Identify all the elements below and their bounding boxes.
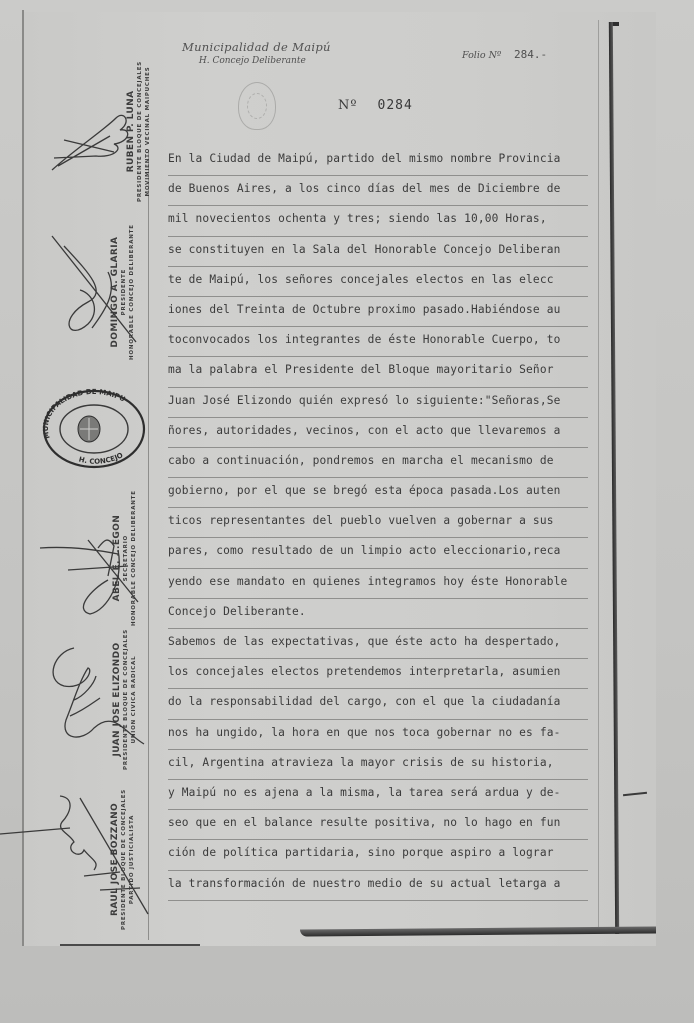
minutes-line: cil, Argentina atravieza la mayor crisis… (168, 750, 588, 780)
document-number: Nº0284 (338, 98, 413, 113)
minutes-line: En la Ciudad de Maipú, partido del mismo… (168, 146, 588, 176)
minutes-line: ma la palabra el Presidente del Bloque m… (168, 357, 588, 387)
signature-luna-icon (44, 100, 134, 184)
signature-abel-icon (38, 510, 138, 624)
minutes-line: ción de política partidaria, sino porque… (168, 840, 588, 870)
minutes-line: seo que en el balance resulte positiva, … (168, 810, 588, 840)
minutes-line: Concejo Deliberante. (168, 599, 588, 629)
signature-elizondo-icon (44, 640, 144, 754)
letterhead-municipality: Municipalidad de Maipú (182, 40, 331, 54)
minutes-line: toconvocados los integrantes de éste Hon… (168, 327, 588, 357)
minutes-line: Sabemos de las expectativas, que éste ac… (168, 629, 588, 659)
signature-glaria-icon (48, 232, 138, 356)
minutes-line: iones del Treinta de Octubre proximo pas… (168, 297, 588, 327)
folio-number: Folio Nº 284.- (462, 48, 547, 61)
minutes-line: ticos representantes del pueblo vuelven … (168, 508, 588, 538)
signature-bozzano-icon (0, 790, 150, 924)
minutes-line: te de Maipú, los señores concejales elec… (168, 267, 588, 297)
minutes-line: se constituyen en la Sala del Honorable … (168, 237, 588, 267)
page-bottom-left-edge (60, 944, 200, 946)
minutes-line: Juan José Elizondo quién expresó lo sigu… (168, 388, 588, 418)
letterhead: Municipalidad de Maipú H. Concejo Delibe… (182, 40, 331, 66)
document-number-value: 0284 (378, 98, 413, 113)
minutes-line: de Buenos Aires, a los cinco días del me… (168, 176, 588, 206)
minutes-body: En la Ciudad de Maipú, partido del mismo… (168, 146, 588, 901)
folio-label: Folio Nº (462, 50, 501, 61)
stamp-role: PRESIDENTE BLOQUE DE CONCEJALES (136, 61, 144, 202)
minutes-line: y Maipú no es ajena a la misma, la tarea… (168, 780, 588, 810)
right-margin-rule (598, 20, 599, 930)
minutes-line: do la responsabilidad del cargo, con el … (168, 689, 588, 719)
minutes-line: mil novecientos ochenta y tres; siendo l… (168, 206, 588, 236)
embossed-seal-icon (238, 82, 276, 130)
letterhead-council: H. Concejo Deliberante (174, 56, 331, 66)
minutes-line: nos ha ungido, la hora en que nos toca g… (168, 720, 588, 750)
folio-value: 284.- (514, 48, 547, 61)
municipal-seal-icon: MUNICIPALIDAD DE MAIPU H. CONCEJO (42, 388, 146, 470)
stamp-role: MOVIMIENTO VECINAL MAIPUCHES (144, 61, 152, 202)
minutes-line: pares, como resultado de un limpio acto … (168, 538, 588, 568)
minutes-line: yendo ese mandato en quienes integramos … (168, 569, 588, 599)
minutes-line: la transformación de nuestro medio de su… (168, 871, 588, 901)
minutes-line: cabo a continuación, pondremos en marcha… (168, 448, 588, 478)
document-number-label: Nº (338, 98, 358, 113)
minutes-line: gobierno, por el que se bregó esta época… (168, 478, 588, 508)
minutes-line: los concejales electos pretendemos inter… (168, 659, 588, 689)
minutes-line: ñores, autoridades, vecinos, con el acto… (168, 418, 588, 448)
